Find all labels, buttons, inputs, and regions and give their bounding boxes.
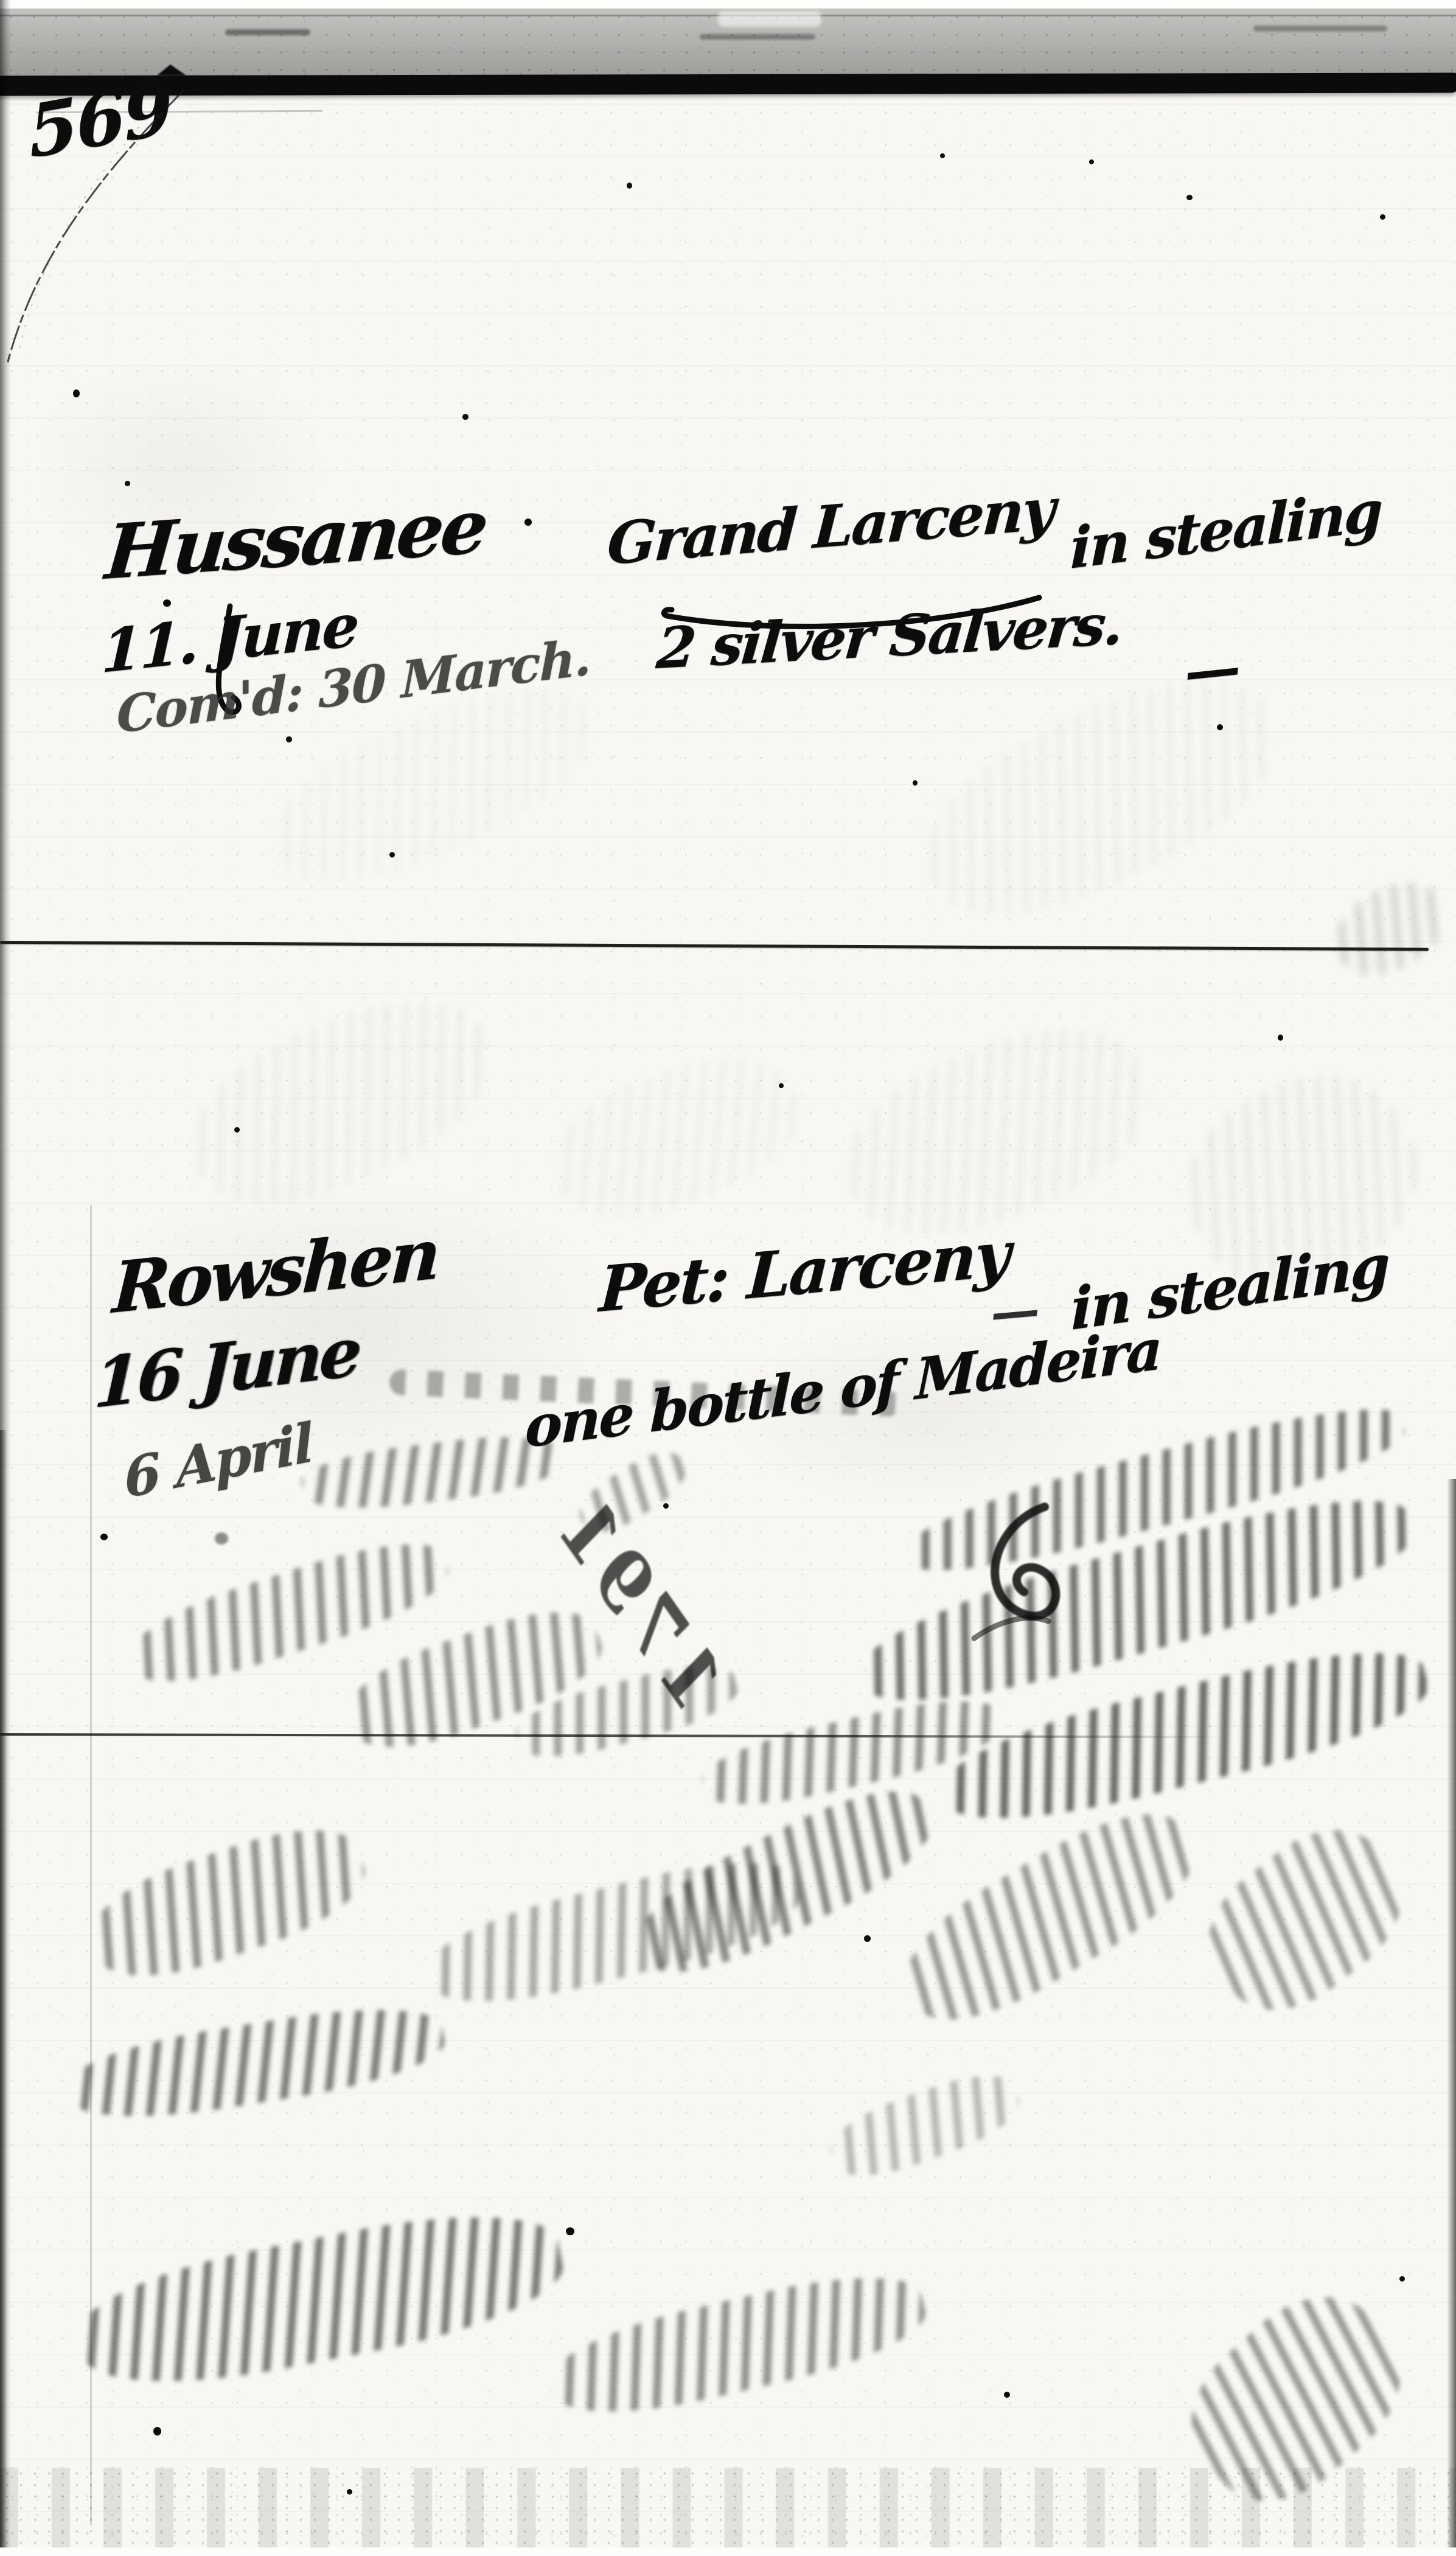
speck	[1004, 2392, 1010, 2398]
speck	[163, 599, 171, 607]
top-band-streak	[1253, 26, 1387, 32]
entry-1-charge-line1-cont: in stealing	[1070, 477, 1381, 582]
speck	[1380, 214, 1385, 220]
speck	[153, 2427, 161, 2436]
speck	[566, 2227, 574, 2235]
speck	[663, 1503, 669, 1509]
speck	[864, 1935, 871, 1942]
speck	[1278, 1035, 1283, 1041]
speck	[627, 183, 632, 189]
top-scan-bar	[0, 72, 1456, 96]
bottom-white-strip	[0, 2547, 1456, 2556]
paper-stain	[37, 341, 353, 596]
crease-arc	[0, 85, 201, 377]
top-band-streak	[700, 34, 815, 40]
speck	[462, 414, 468, 420]
speck	[234, 1127, 240, 1133]
speck	[779, 1083, 784, 1088]
right-edge-shadow	[1447, 1479, 1456, 2556]
scanned-register-page: 569 Hussanee 11. June Com'd: 30 March. G…	[0, 0, 1456, 2556]
section-divider-line	[0, 941, 1429, 951]
speck	[913, 780, 918, 786]
speck	[1089, 159, 1094, 164]
top-band-streak	[225, 29, 310, 35]
speck	[100, 1534, 108, 1540]
bleedthrough-smudge	[822, 2061, 1028, 2191]
entry-1-charge-line1: Grand Larceny	[605, 475, 1056, 578]
top-band-highlight	[718, 11, 821, 27]
left-edge-shadow-lower	[0, 1430, 7, 2556]
bleedthrough-smudge	[64, 1994, 450, 2131]
speck	[1399, 2276, 1405, 2282]
speck	[215, 1532, 228, 1545]
speck	[1186, 195, 1193, 200]
speck	[347, 2489, 352, 2495]
speck	[1217, 724, 1223, 730]
bleedthrough-smudge	[1183, 1803, 1427, 2037]
speck	[73, 389, 80, 397]
swirl-blot	[952, 1490, 1080, 1654]
bleedthrough-smudge	[79, 1809, 377, 1997]
speck	[125, 481, 130, 486]
bleedthrough-smudge	[894, 638, 1308, 956]
speck	[940, 153, 945, 158]
ink-smudge	[1320, 866, 1456, 993]
bleedthrough-smudge	[884, 1786, 1215, 2048]
speck	[286, 736, 292, 742]
bleedthrough-smudge	[71, 2193, 571, 2406]
bleedthrough-smudge	[545, 2258, 933, 2432]
speck	[389, 852, 395, 857]
speck	[524, 519, 532, 526]
